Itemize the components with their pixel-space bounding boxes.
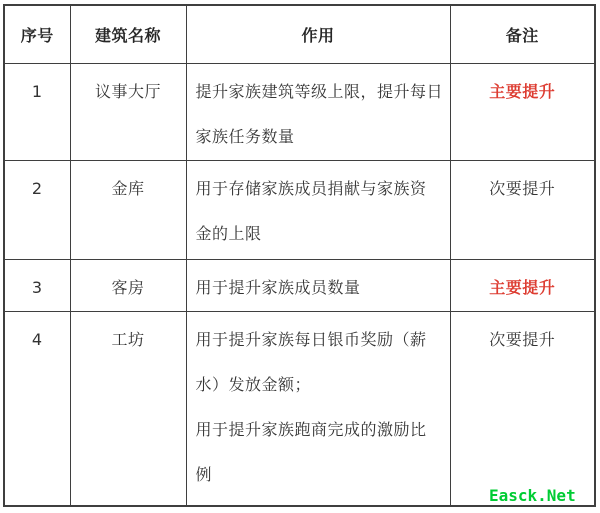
table-row: 2 金库 用于存储家族成员捐献与家族资 金的上限 次要提升 [4, 160, 595, 259]
cell-building-name: 客房 [70, 259, 186, 311]
cell-index: 4 [4, 311, 70, 506]
cell-function: 提升家族建筑等级上限，提升每日 家族任务数量 [186, 63, 450, 160]
cell-index: 1 [4, 63, 70, 160]
col-header-building-name: 建筑名称 [70, 5, 186, 63]
cell-building-name: 金库 [70, 160, 186, 259]
page: 序号 建筑名称 作用 备注 1 议事大厅 提升家族建筑等级上限，提升每日 家族任… [0, 0, 600, 513]
table-row: 1 议事大厅 提升家族建筑等级上限，提升每日 家族任务数量 主要提升 [4, 63, 595, 160]
cell-function: 用于提升家族成员数量 [186, 259, 450, 311]
cell-index: 2 [4, 160, 70, 259]
cell-note: 次要提升 [450, 311, 595, 506]
col-header-function: 作用 [186, 5, 450, 63]
cell-function: 用于提升家族每日银币奖励（薪 水）发放金额； 用于提升家族跑商完成的激励比 例 [186, 311, 450, 506]
col-header-note: 备注 [450, 5, 595, 63]
cell-note: 主要提升 [450, 63, 595, 160]
easck-watermark: Easck.Net [489, 486, 576, 505]
cell-building-name: 工坊 [70, 311, 186, 506]
cell-function: 用于存储家族成员捐献与家族资 金的上限 [186, 160, 450, 259]
cell-index: 3 [4, 259, 70, 311]
cell-note: 主要提升 [450, 259, 595, 311]
buildings-table: 序号 建筑名称 作用 备注 1 议事大厅 提升家族建筑等级上限，提升每日 家族任… [3, 4, 596, 507]
cell-building-name: 议事大厅 [70, 63, 186, 160]
buildings-table-container: 序号 建筑名称 作用 备注 1 议事大厅 提升家族建筑等级上限，提升每日 家族任… [3, 4, 594, 503]
table-row: 3 客房 用于提升家族成员数量 主要提升 [4, 259, 595, 311]
cell-note: 次要提升 [450, 160, 595, 259]
table-row: 4 工坊 用于提升家族每日银币奖励（薪 水）发放金额； 用于提升家族跑商完成的激… [4, 311, 595, 506]
col-header-index: 序号 [4, 5, 70, 63]
table-header-row: 序号 建筑名称 作用 备注 [4, 5, 595, 63]
